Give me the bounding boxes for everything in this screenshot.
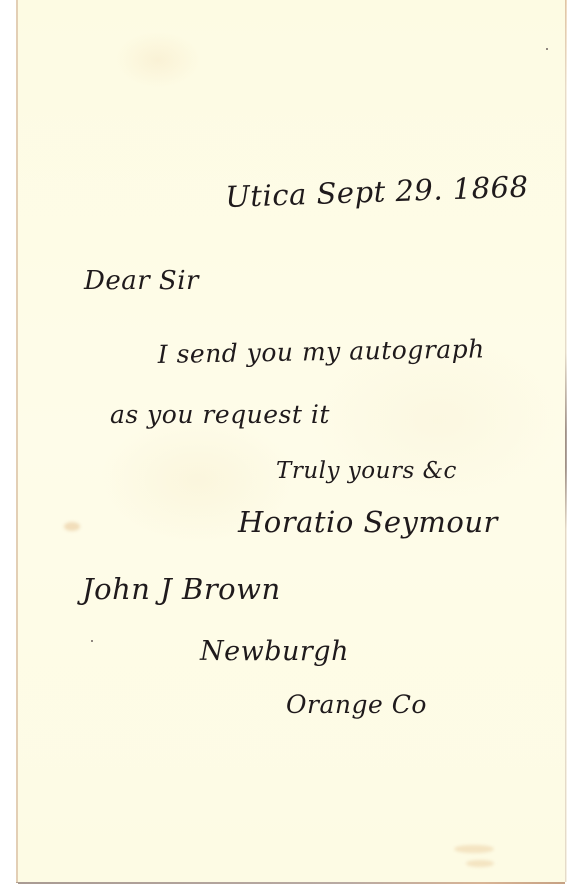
signature: Horatio Seymour: [238, 505, 498, 539]
recipient-city: Newburgh: [200, 636, 349, 667]
foxing-stain: [64, 522, 80, 531]
foxing-stain: [466, 860, 494, 867]
recipient-name: John J Brown: [82, 572, 281, 606]
dateline: Utica Sept 29. 1868: [225, 169, 529, 214]
closing: Truly yours &c: [276, 458, 457, 484]
paper-bottom-edge: [18, 882, 565, 884]
letter-paper: Utica Sept 29. 1868 Dear Sir I send you …: [16, 0, 565, 882]
foxing-stain: [454, 845, 494, 853]
ink-speck: [546, 48, 548, 50]
ink-speck: [91, 640, 93, 642]
recipient-county: Orange Co: [286, 690, 427, 719]
salutation: Dear Sir: [84, 266, 199, 296]
body-line-1: I send you my autograph: [157, 334, 485, 369]
body-line-2: as you request it: [110, 400, 330, 429]
paper-right-edge: [565, 0, 567, 882]
